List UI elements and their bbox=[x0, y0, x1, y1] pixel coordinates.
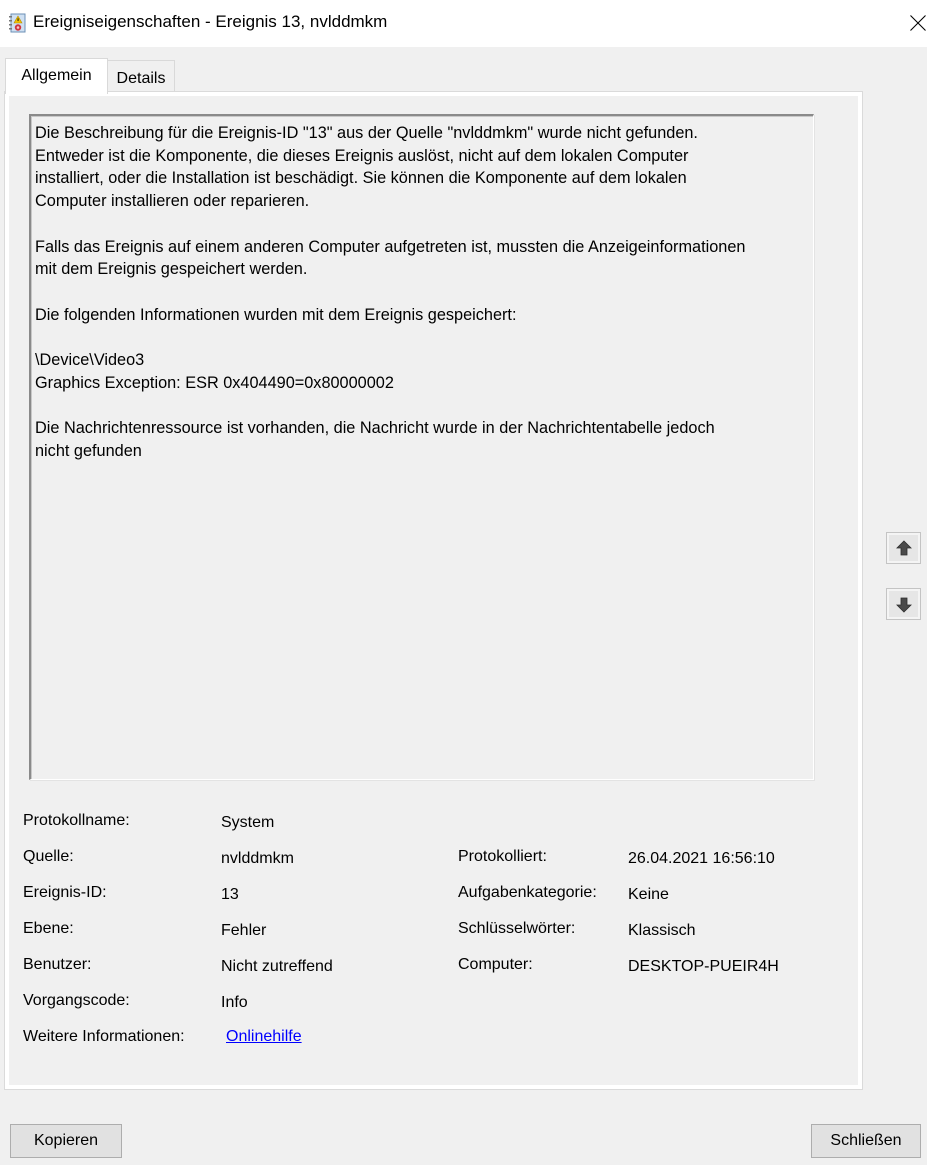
event-viewer-icon bbox=[8, 13, 26, 33]
close-button[interactable] bbox=[881, 0, 927, 47]
arrow-down-icon bbox=[896, 596, 912, 613]
event-id-value: 13 bbox=[221, 886, 239, 904]
close-dialog-button-label: Schließen bbox=[830, 1132, 901, 1149]
source-label: Quelle: bbox=[23, 848, 74, 866]
copy-button-label: Kopieren bbox=[34, 1132, 98, 1149]
user-value: Nicht zutreffend bbox=[221, 958, 333, 976]
keywords-value: Klassisch bbox=[628, 922, 696, 940]
tab-allgemein[interactable]: Allgemein bbox=[5, 58, 108, 94]
close-dialog-button[interactable]: Schließen bbox=[811, 1124, 921, 1158]
window-title: Ereigniseigenschaften - Ereignis 13, nvl… bbox=[33, 12, 387, 32]
tab-allgemein-label: Allgemein bbox=[21, 67, 91, 84]
computer-value: DESKTOP-PUEIR4H bbox=[628, 958, 779, 976]
logged-value: 26.04.2021 16:56:10 bbox=[628, 850, 775, 868]
next-event-button[interactable] bbox=[886, 588, 921, 620]
level-label: Ebene: bbox=[23, 920, 74, 938]
general-tab-panel: Die Beschreibung für die Ereignis-ID "13… bbox=[5, 92, 862, 1089]
user-label: Benutzer: bbox=[23, 956, 91, 974]
opcode-value: Info bbox=[221, 994, 248, 1012]
tab-details[interactable]: Details bbox=[107, 60, 175, 92]
more-info-label: Weitere Informationen: bbox=[23, 1028, 185, 1046]
opcode-label: Vorgangscode: bbox=[23, 992, 130, 1010]
computer-label: Computer: bbox=[458, 956, 533, 974]
arrow-up-icon bbox=[896, 540, 912, 557]
previous-event-button[interactable] bbox=[886, 532, 921, 564]
title-bar: Ereigniseigenschaften - Ereignis 13, nvl… bbox=[0, 0, 927, 47]
tab-details-label: Details bbox=[117, 70, 166, 87]
close-icon bbox=[910, 15, 926, 31]
log-name-value: System bbox=[221, 814, 274, 832]
logged-label: Protokolliert: bbox=[458, 848, 547, 866]
task-category-label: Aufgabenkategorie: bbox=[458, 884, 597, 902]
event-properties: Protokollname: System Quelle: nvlddmkm P… bbox=[9, 96, 858, 1085]
copy-button[interactable]: Kopieren bbox=[10, 1124, 122, 1158]
keywords-label: Schlüsselwörter: bbox=[458, 920, 575, 938]
event-id-label: Ereignis-ID: bbox=[23, 884, 107, 902]
log-name-label: Protokollname: bbox=[23, 812, 130, 830]
task-category-value: Keine bbox=[628, 886, 669, 904]
level-value: Fehler bbox=[221, 922, 266, 940]
source-value: nvlddmkm bbox=[221, 850, 294, 868]
online-help-link[interactable]: Onlinehilfe bbox=[226, 1028, 302, 1046]
